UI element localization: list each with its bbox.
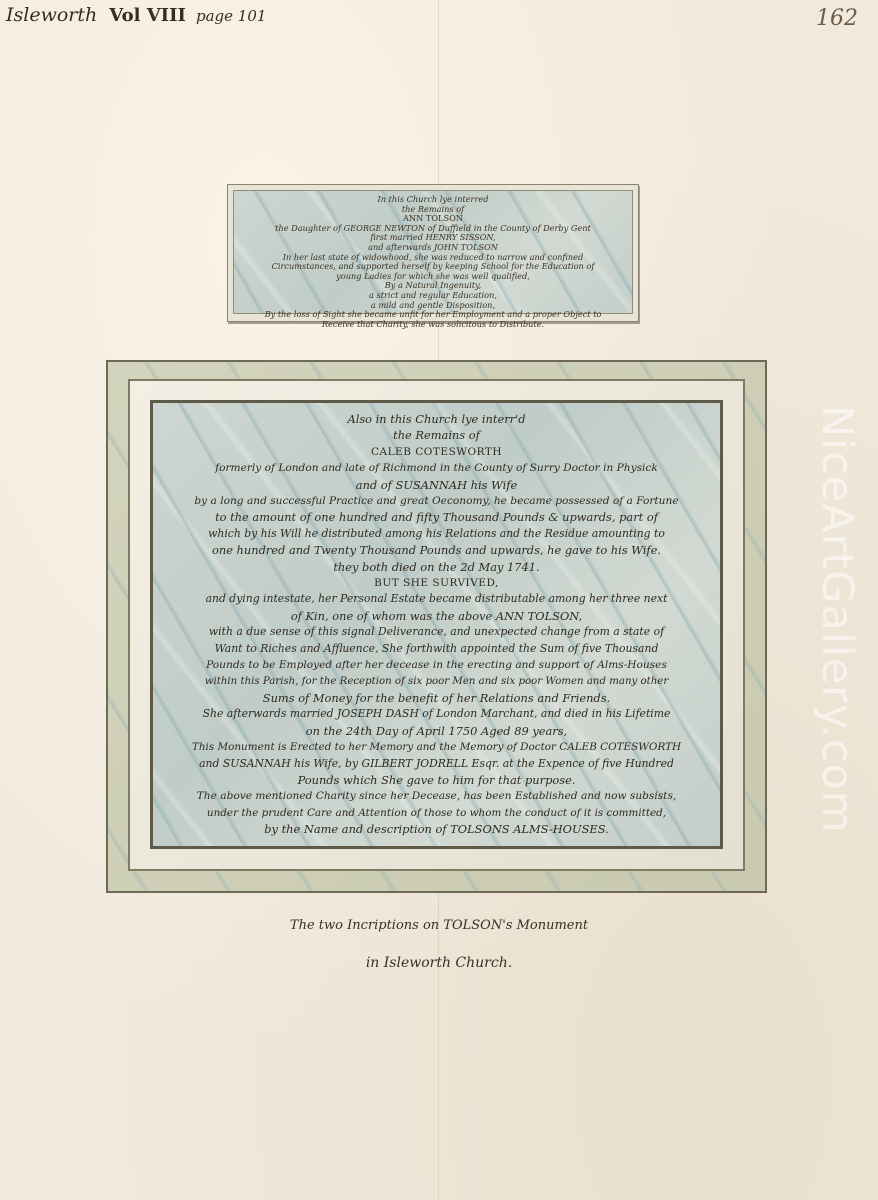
caption-line-1: The two Incriptions on TOLSON's Monument xyxy=(0,918,878,933)
inscription-line: The above mentioned Charity since her De… xyxy=(153,788,720,804)
inscription-line: Pounds which She gave to him for that pu… xyxy=(153,772,720,788)
monument-frame-moulding: Also in this Church lye interr'd the Rem… xyxy=(128,379,745,871)
inscription-line: BUT SHE SURVIVED, xyxy=(153,575,720,591)
inscription-tablet-small: In this Church lye interred the Remains … xyxy=(227,184,639,322)
inscription-line: with a due sense of this signal Delivera… xyxy=(153,624,720,640)
inscription-line: they both died on the 2d May 1741. xyxy=(153,559,720,575)
inscription-line: within this Parish, for the Reception of… xyxy=(153,674,720,690)
marble-panel-small: In this Church lye interred the Remains … xyxy=(233,190,633,314)
inscription-line: under the prudent Care and Attention of … xyxy=(153,805,720,821)
inscription-line: CALEB COTESWORTH xyxy=(153,444,720,460)
page-header-reference: Isleworth Vol VIII page 101 xyxy=(6,4,266,26)
inscription-line: one hundred and Twenty Thousand Pounds a… xyxy=(153,542,720,558)
inscription-line: by a long and successful Practice and gr… xyxy=(153,493,720,509)
inscription-line: and dying intestate, her Personal Estate… xyxy=(153,591,720,607)
inscription-line: She afterwards married JOSEPH DASH of Lo… xyxy=(153,706,720,722)
inscription-line: Want to Riches and Affluence, She forthw… xyxy=(153,641,720,657)
inscription-line: which by his Will he distributed among h… xyxy=(153,526,720,542)
marble-panel-large: Also in this Church lye interr'd the Rem… xyxy=(153,403,720,846)
inscription-large-text: Also in this Church lye interr'd the Rem… xyxy=(153,411,720,838)
inscription-line: of Kin, one of whom was the above ANN TO… xyxy=(153,608,720,624)
folio-number: 162 xyxy=(816,6,858,31)
inscription-line: by the Name and description of TOLSONS A… xyxy=(153,821,720,837)
header-page-ref: page 101 xyxy=(196,7,266,25)
header-volume: Vol VIII xyxy=(109,5,186,26)
inscription-line: to the amount of one hundred and fifty T… xyxy=(153,509,720,525)
monument-frame-outer: Also in this Church lye interr'd the Rem… xyxy=(106,360,767,893)
inscription-line: Sums of Money for the benefit of her Rel… xyxy=(153,690,720,706)
caption-line-2: in Isleworth Church. xyxy=(0,955,878,971)
inscription-line: and of SUSANNAH his Wife xyxy=(153,477,720,493)
inscription-line: Pounds to be Employed after her decease … xyxy=(153,657,720,673)
inscription-line: on the 24th Day of April 1750 Aged 89 ye… xyxy=(153,723,720,739)
inscription-line: This Monument is Erected to her Memory a… xyxy=(153,739,720,755)
monument-frame-inner: Also in this Church lye interr'd the Rem… xyxy=(150,400,723,849)
inscription-line: formerly of London and late of Richmond … xyxy=(153,460,720,476)
inscription-line: the Remains of xyxy=(153,427,720,443)
inscription-small-text: In this Church lye interred the Remains … xyxy=(234,195,632,329)
header-place: Isleworth xyxy=(6,4,97,26)
inscription-line: Also in this Church lye interr'd xyxy=(153,411,720,427)
watermark-text: NiceArtGallery.com xyxy=(782,405,862,795)
inscription-line: and SUSANNAH his Wife, by GILBERT JODREL… xyxy=(153,756,720,772)
inscription-line: Receive that Charity, she was solicitous… xyxy=(234,320,632,330)
